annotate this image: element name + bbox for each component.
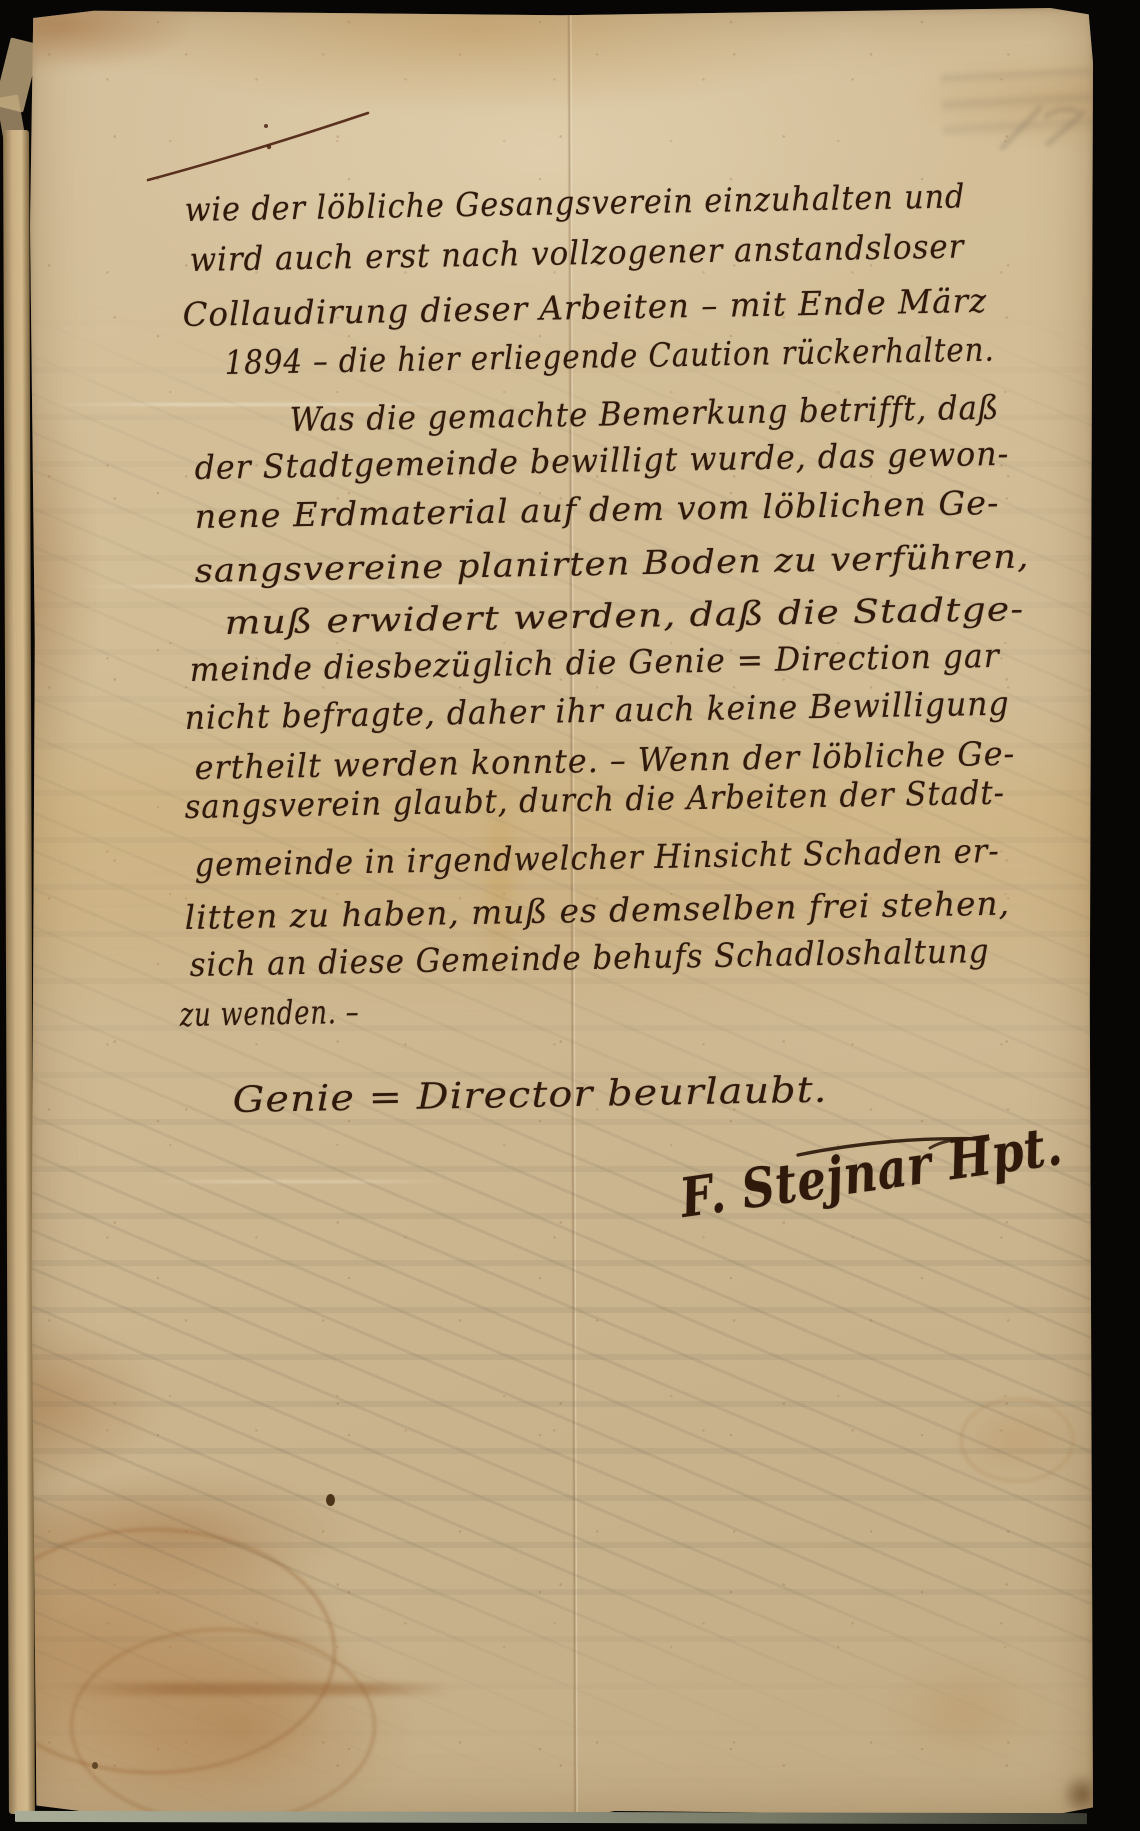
- handwriting-line: wird auch erst nach vollzogener anstands…: [189, 226, 964, 279]
- handwriting-line: wie der löbliche Gesangsverein einzuhalt…: [184, 176, 965, 229]
- handwriting-line: sangsvereine planirten Boden zu verführe…: [194, 536, 1029, 590]
- bottom-page-edge: [15, 1811, 1087, 1824]
- closing-line: Genie = Director beurlaubt.: [232, 1070, 828, 1121]
- stain-ring: [70, 1628, 376, 1824]
- handwriting-line: Was die gemachte Bemerkung betrifft, daß: [289, 388, 999, 439]
- signature: F. Stejnar Hpt.: [676, 1113, 1066, 1230]
- stain-ring: [960, 1398, 1074, 1482]
- bleedthrough-mark: [988, 98, 1098, 162]
- handwriting-line: Collaudirung dieser Arbeiten – mit Ende …: [182, 281, 987, 334]
- handwriting-line: 1894 – die hier erliegende Caution rücke…: [224, 330, 995, 382]
- stain-ring: [0, 1528, 336, 1774]
- handwriting-line: litten zu haben, muß es demselben frei s…: [184, 884, 1010, 937]
- handwriting-line: muß erwidert werden, daß die Stadtge-: [224, 589, 1024, 642]
- bleedthrough-stamp: [940, 60, 1094, 146]
- paper-sheet: wie der löbliche Gesangsverein einzuhalt…: [30, 8, 1093, 1820]
- stain-streak: [60, 1683, 450, 1695]
- scanned-letter-page: wie der löbliche Gesangsverein einzuhalt…: [0, 0, 1140, 1831]
- handwriting-line: zu wenden. –: [179, 992, 359, 1034]
- handwriting-line: meinde diesbezüglich die Genie = Directi…: [189, 636, 1000, 689]
- handwriting-line: der Stadtgemeinde bewilligt wurde, das g…: [194, 434, 1009, 487]
- ink-speck: [326, 1494, 335, 1506]
- handwriting-line: nicht befragte, daher ihr auch keine Bew…: [184, 684, 1010, 737]
- handwriting-line: sich an diese Gemeinde behufs Schadlosha…: [189, 931, 989, 984]
- horizontal-crease: [150, 1180, 450, 1183]
- handwriting-line: gemeinde in irgendwelcher Hinsicht Schad…: [194, 831, 1000, 884]
- handwriting-line: nene Erdmaterial auf dem vom löblichen G…: [194, 483, 999, 536]
- underlying-page-edge: [3, 130, 35, 1814]
- ink-speck: [92, 1762, 98, 1769]
